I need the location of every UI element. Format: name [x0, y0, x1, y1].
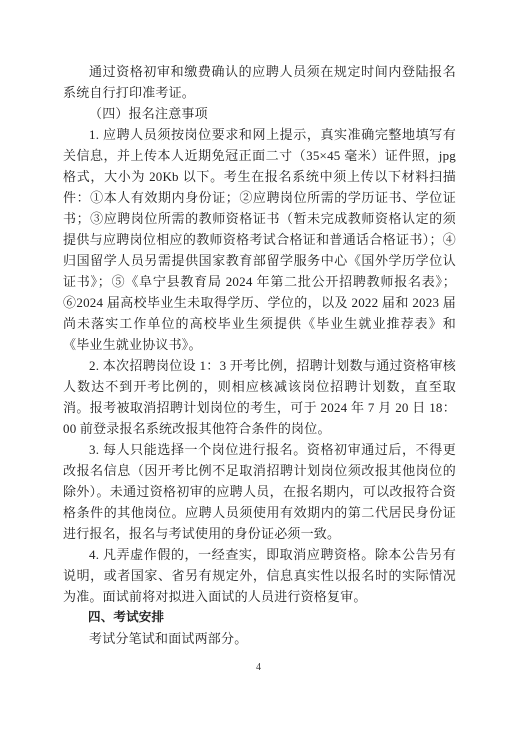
paragraph-exam-parts: 考试分笔试和面试两部分。: [63, 628, 456, 649]
page-number: 4: [0, 662, 517, 673]
note-item-1: 1. 应聘人员须按岗位要求和网上提示，真实准确完整地填写有关信息，并上传本人近期…: [63, 124, 456, 355]
subsection-heading-registration-notes: （四）报名注意事项: [63, 103, 456, 124]
note-item-4: 4. 凡弄虚作假的，一经查实，即取消应聘资格。除本公告另有说明，或者国家、省另有…: [63, 544, 456, 607]
document-page: 通过资格初审和缴费确认的应聘人员须在规定时间内登陆报名系统自行打印准考证。 （四…: [0, 0, 517, 731]
document-body: 通过资格初审和缴费确认的应聘人员须在规定时间内登陆报名系统自行打印准考证。 （四…: [63, 61, 456, 649]
note-item-3: 3. 每人只能选择一个岗位进行报名。资格初审通过后，不得更改报名信息（因开考比例…: [63, 439, 456, 544]
note-item-2: 2. 本次招聘岗位设 1：3 开考比例，招聘计划数与通过资格审核人数达不到开考比…: [63, 355, 456, 439]
paragraph-admission-ticket: 通过资格初审和缴费确认的应聘人员须在规定时间内登陆报名系统自行打印准考证。: [63, 61, 456, 103]
section-heading-exam-arrangement: 四、考试安排: [63, 607, 456, 628]
